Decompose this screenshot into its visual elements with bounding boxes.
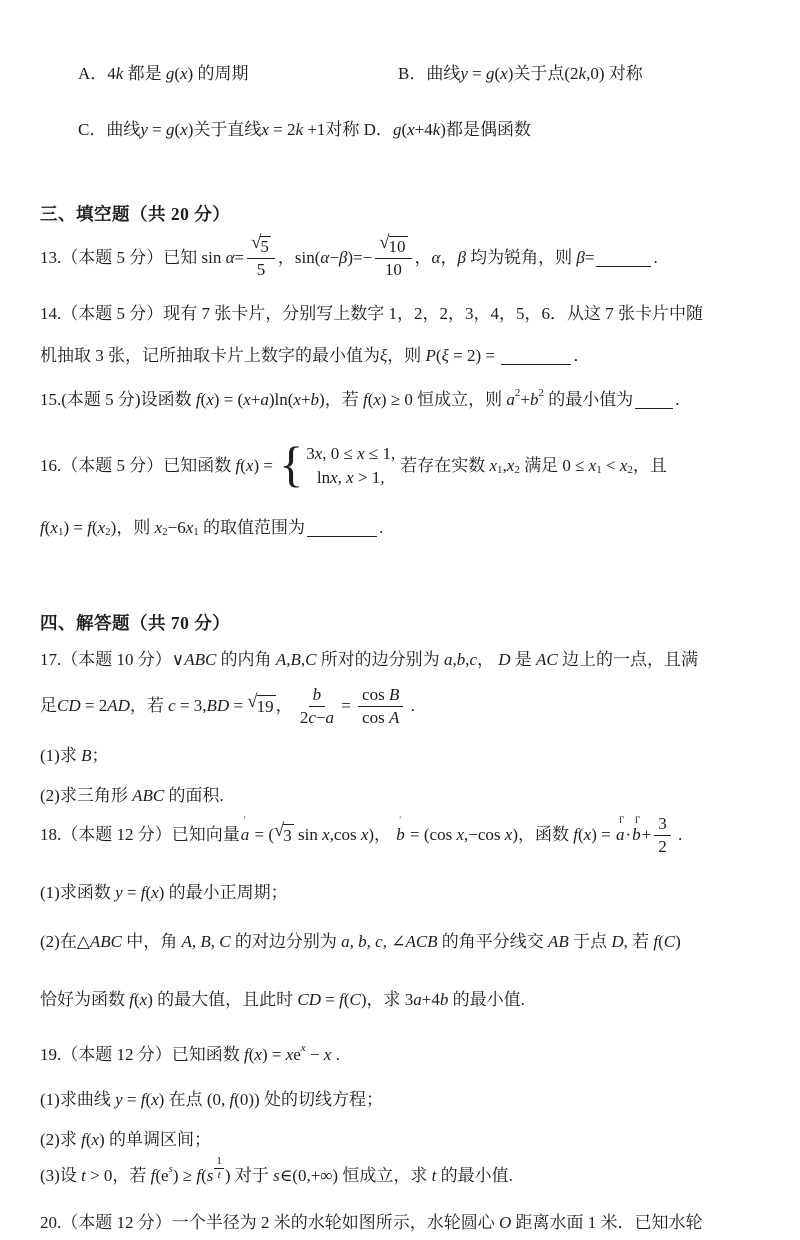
text-run: = ( bbox=[250, 824, 274, 845]
math-variable: x bbox=[180, 119, 188, 140]
text-run: 1 bbox=[216, 1156, 222, 1168]
math-variable: a bbox=[444, 649, 453, 670]
text-run: 边上的一点，且满 bbox=[558, 649, 698, 670]
text-run: ) = bbox=[262, 1044, 286, 1065]
text-run: = bbox=[321, 989, 339, 1010]
text-run: )关于点(2 bbox=[508, 63, 579, 84]
text-run: 均为锐角，则 bbox=[466, 247, 577, 268]
math-variable: α bbox=[226, 247, 235, 268]
text-run: . bbox=[379, 517, 383, 538]
superscript: x bbox=[301, 1042, 306, 1056]
text-run: . bbox=[406, 695, 415, 716]
math-variable: CD bbox=[297, 989, 321, 1010]
text-run: )=− bbox=[347, 247, 372, 268]
text-run: 19 bbox=[257, 697, 274, 716]
math-variable: a bbox=[241, 825, 250, 844]
math-variable: BD bbox=[207, 695, 230, 716]
radical-sign: √ bbox=[379, 234, 389, 253]
text-run: 若存在实数 bbox=[400, 455, 489, 476]
text-run: (e bbox=[155, 1165, 168, 1186]
text-run: ) ≥ bbox=[173, 1165, 197, 1186]
text-run: 恰好为函数 bbox=[40, 989, 129, 1010]
math-variable: y bbox=[115, 882, 123, 903]
math-variable: A bbox=[276, 649, 286, 670]
text-run: 的角平分线交 bbox=[438, 931, 549, 952]
text-run: + bbox=[642, 824, 652, 845]
math-variable: ABC bbox=[184, 649, 216, 670]
text-run: B．曲线 bbox=[398, 63, 460, 84]
math-variable: x bbox=[620, 455, 628, 476]
text-run: ) 的最小正周期； bbox=[159, 882, 288, 903]
math-variable: b bbox=[440, 989, 449, 1010]
math-variable: β bbox=[339, 247, 347, 268]
text-run: = bbox=[123, 882, 141, 903]
text-run: , bbox=[211, 931, 220, 952]
text-run: ) 的周期 bbox=[188, 63, 249, 84]
text-run: ，则 bbox=[387, 345, 425, 366]
text-run: 3 bbox=[283, 826, 292, 845]
math-variable: x bbox=[98, 517, 106, 538]
text-run: 是 bbox=[511, 649, 537, 670]
text-run: (2)求三角形 bbox=[40, 785, 132, 806]
text-run: cos bbox=[362, 708, 389, 728]
text-run: +4 bbox=[415, 119, 433, 140]
fraction: 32 bbox=[654, 814, 671, 856]
text-run: . bbox=[331, 1044, 340, 1065]
subscript: 1 bbox=[497, 464, 503, 478]
text-run: 中，角 bbox=[122, 931, 182, 952]
vector-symbol: ′b bbox=[396, 824, 405, 845]
math-variable: CD bbox=[57, 695, 81, 716]
text-run: )，函数 bbox=[512, 824, 573, 845]
text-run: A．4 bbox=[78, 63, 116, 84]
math-variable: x bbox=[505, 824, 513, 845]
text-run: 16.（本题 5 分）已知函数 bbox=[40, 455, 236, 476]
math-variable: b bbox=[313, 685, 322, 705]
math-variable: x bbox=[500, 63, 508, 84]
question-17-line1: 17.（本题 10 分）∨ABC 的内角 A,B,C 所对的边分别为 a,b,c… bbox=[40, 649, 698, 670]
text-run: ， bbox=[276, 695, 297, 716]
math-variable: AC bbox=[536, 649, 558, 670]
math-variable: x bbox=[361, 824, 369, 845]
math-variable: β bbox=[457, 247, 465, 268]
math-variable: x bbox=[246, 455, 254, 476]
text-run: ， bbox=[477, 649, 498, 670]
math-variable: A bbox=[389, 708, 399, 728]
text-run: 的取值范围为 bbox=[199, 517, 305, 538]
text-run: C．曲线 bbox=[78, 119, 140, 140]
option-b: B．曲线y = g(x)关于点(2k,0) 对称 bbox=[398, 63, 643, 84]
text-run: , bbox=[367, 931, 376, 952]
text-run: = bbox=[337, 695, 355, 716]
question-16-line2: f(x1) = f(x2)，则 x2−6x1 的取值范围为. bbox=[40, 517, 383, 538]
math-variable: x bbox=[186, 517, 194, 538]
math-variable: x bbox=[286, 1044, 294, 1065]
radical-sign: √ bbox=[251, 234, 261, 253]
text-run: , ∠ bbox=[383, 931, 406, 952]
text-run: − bbox=[306, 1044, 324, 1065]
text-run: ) = bbox=[63, 517, 87, 538]
text-run: > 0，若 bbox=[86, 1165, 151, 1186]
text-run: − bbox=[329, 247, 339, 268]
math-variable: x bbox=[293, 389, 301, 410]
subscript: 2 bbox=[105, 526, 111, 540]
text-run: 5 bbox=[257, 260, 266, 280]
math-variable: s bbox=[207, 1165, 214, 1186]
text-run: = bbox=[468, 63, 486, 84]
math-variable: g bbox=[166, 119, 175, 140]
question-19-part1: (1)求曲线 y = f(x) 在点 (0, f(0)) 处的切线方程； bbox=[40, 1089, 383, 1110]
text-run: ，sin( bbox=[278, 247, 321, 268]
math-variable: D bbox=[498, 649, 510, 670]
math-variable: C bbox=[219, 931, 230, 952]
text-run: 距离水面 1 米．已知水轮 bbox=[511, 1212, 702, 1233]
math-variable: O bbox=[499, 1212, 511, 1233]
text-run: )，若 bbox=[319, 389, 363, 410]
subscript: 2 bbox=[162, 526, 168, 540]
math-variable: b bbox=[530, 389, 539, 410]
text-run: , bbox=[192, 931, 201, 952]
text-run: 2 bbox=[658, 837, 667, 857]
math-variable: k bbox=[296, 119, 304, 140]
math-variable: c bbox=[375, 931, 383, 952]
question-14-line2: 机抽取 3 张，记所抽取卡片上数字的最小值为ξ，则 P(ξ = 2) = ． bbox=[40, 345, 590, 366]
math-variable: x bbox=[180, 63, 188, 84]
answer-blank bbox=[596, 264, 651, 267]
exam-document-page: A．4k 都是 g(x) 的周期 B．曲线y = g(x)关于点(2k,0) 对… bbox=[0, 0, 800, 1240]
math-variable: a bbox=[260, 389, 269, 410]
question-18-line1: 18.（本题 12 分）已知向量′a = (√3 sin x,cos x)， ′… bbox=[40, 814, 682, 856]
math-variable: g bbox=[393, 119, 402, 140]
text-run: . bbox=[675, 389, 679, 410]
text-run: (3)设 bbox=[40, 1165, 81, 1186]
math-variable: C bbox=[305, 649, 316, 670]
text-run: 的面积. bbox=[164, 785, 224, 806]
text-run: (1)求函数 bbox=[40, 882, 115, 903]
text-run: = bbox=[235, 247, 245, 268]
fraction: cos Bcos A bbox=[358, 685, 403, 727]
math-variable: ACB bbox=[405, 931, 437, 952]
text-run: 所对的边分别为 bbox=[316, 649, 444, 670]
text-run: , 若 bbox=[624, 931, 654, 952]
option-c-d: C．曲线y = g(x)关于直线x = 2k +1对称 D．g(x+4k)都是偶… bbox=[78, 119, 531, 140]
math-variable: y bbox=[115, 1089, 123, 1110]
math-variable: b bbox=[457, 649, 466, 670]
text-run: ， bbox=[415, 247, 432, 268]
text-run: )，求 3 bbox=[361, 989, 413, 1010]
math-variable: ABC bbox=[90, 931, 122, 952]
fraction: b2c−a bbox=[300, 685, 334, 727]
math-variable: D bbox=[611, 931, 623, 952]
math-variable: x bbox=[155, 517, 163, 538]
text-run: 的最小值为 bbox=[544, 389, 633, 410]
text-run: )， bbox=[368, 824, 395, 845]
math-variable: B bbox=[389, 685, 399, 705]
math-variable: a bbox=[341, 931, 350, 952]
fraction: √1010 bbox=[375, 236, 411, 279]
math-variable: AD bbox=[107, 695, 130, 716]
text-run: (1)求 bbox=[40, 745, 81, 766]
math-variable: x bbox=[206, 389, 214, 410]
text-run: ,−cos bbox=[464, 824, 505, 845]
text-run: = bbox=[148, 119, 166, 140]
text-run: 的内角 bbox=[216, 649, 276, 670]
text-run: ， bbox=[440, 247, 457, 268]
option-a: A．4k 都是 g(x) 的周期 bbox=[78, 63, 248, 84]
superscript: 2 bbox=[539, 387, 545, 401]
text-run: 3 bbox=[306, 444, 315, 463]
math-variable: a bbox=[325, 708, 334, 728]
math-variable: β bbox=[576, 247, 584, 268]
text-run: ) = bbox=[591, 824, 615, 845]
math-variable: x bbox=[322, 824, 330, 845]
math-variable: x bbox=[507, 455, 515, 476]
math-variable: x bbox=[151, 1089, 159, 1110]
text-run: 15.(本题 5 分)设函数 bbox=[40, 389, 196, 410]
math-variable: ξ bbox=[380, 345, 387, 366]
math-variable: α bbox=[432, 247, 441, 268]
math-variable: x bbox=[151, 882, 159, 903]
text-run: < bbox=[602, 455, 620, 476]
text-run: 2 bbox=[300, 708, 309, 728]
math-variable: c bbox=[469, 649, 477, 670]
math-variable: t bbox=[218, 1170, 221, 1182]
text-run: +4 bbox=[422, 989, 440, 1010]
radical-sign: √ bbox=[274, 822, 284, 841]
text-run: + bbox=[301, 389, 311, 410]
subscript: 1 bbox=[58, 526, 64, 540]
question-18-part2-line1: (2)在△ABC 中，角 A, B, C 的对边分别为 a, b, c, ∠AC… bbox=[40, 931, 681, 952]
text-run: ) ≥ 0 恒成立，则 bbox=[381, 389, 507, 410]
subscript: 2 bbox=[514, 464, 520, 478]
text-run: · bbox=[625, 824, 631, 845]
math-variable: k bbox=[579, 63, 587, 84]
math-variable: x bbox=[50, 517, 58, 538]
vector-arrow-icon: Γ bbox=[619, 816, 624, 825]
text-run: 机抽取 3 张，记所抽取卡片上数字的最小值为 bbox=[40, 345, 380, 366]
math-variable: ξ bbox=[442, 345, 449, 366]
math-variable: AB bbox=[548, 931, 569, 952]
math-variable: x bbox=[254, 1044, 262, 1065]
text-run: ) bbox=[675, 931, 681, 952]
fraction: √55 bbox=[247, 236, 275, 279]
question-14-line1: 14.（本题 5 分）现有 7 张卡片，分别写上数字 1，2，2，3，4，5，6… bbox=[40, 303, 703, 324]
brace-icon: { bbox=[279, 442, 303, 486]
math-variable: B bbox=[290, 649, 300, 670]
text-run: 13.（本题 5 分）已知 sin bbox=[40, 247, 226, 268]
fraction: 1t bbox=[214, 1156, 224, 1181]
text-run: = 2) = bbox=[449, 345, 499, 366]
subscript: 1 bbox=[193, 526, 199, 540]
math-variable: k bbox=[433, 119, 441, 140]
section-3-header: 三、填空题（共 20 分） bbox=[40, 204, 230, 226]
text-run: 5 bbox=[260, 237, 269, 256]
math-variable: C bbox=[350, 989, 361, 1010]
text-run: . bbox=[674, 824, 683, 845]
vector-symbol: Γb bbox=[632, 824, 641, 845]
text-run: )ln( bbox=[269, 389, 294, 410]
question-17-part2: (2)求三角形 ABC 的面积. bbox=[40, 785, 224, 806]
math-variable: B bbox=[200, 931, 210, 952]
text-run: cos bbox=[362, 685, 389, 705]
question-15: 15.(本题 5 分)设函数 f(x) = (x+a)ln(x+b)，若 f(x… bbox=[40, 389, 680, 410]
text-run: 10 bbox=[385, 260, 402, 280]
math-variable: b bbox=[311, 389, 320, 410]
math-variable: x bbox=[324, 1044, 332, 1065]
text-run: − bbox=[316, 708, 326, 728]
text-run: = bbox=[229, 695, 247, 716]
math-variable: B bbox=[81, 745, 91, 766]
math-variable: c bbox=[308, 708, 316, 728]
question-18-part1: (1)求函数 y = f(x) 的最小正周期； bbox=[40, 882, 288, 903]
math-variable: c bbox=[168, 695, 176, 716]
text-run: )都是偶函数 bbox=[440, 119, 531, 140]
text-run: 的最小值. bbox=[436, 1165, 513, 1186]
text-run: ) 的单调区间； bbox=[99, 1129, 211, 1150]
text-run: ，且 bbox=[633, 455, 667, 476]
math-variable: k bbox=[116, 63, 124, 84]
math-variable: x bbox=[140, 989, 148, 1010]
math-variable: b bbox=[396, 825, 405, 844]
math-variable: x bbox=[407, 119, 415, 140]
math-variable: y bbox=[140, 119, 148, 140]
math-variable: a bbox=[616, 825, 625, 844]
question-19-part3: (3)设 t > 0，若 f(es) ≥ f(s1t) 对于 s∈(0,+∞) … bbox=[40, 1163, 513, 1188]
text-run: = bbox=[585, 247, 595, 268]
math-variable: x bbox=[456, 824, 464, 845]
math-variable: s bbox=[273, 1165, 280, 1186]
math-variable: x bbox=[373, 389, 381, 410]
text-run: ) 对于 bbox=[225, 1165, 273, 1186]
answer-blank bbox=[635, 406, 673, 409]
text-run: +1对称 D． bbox=[303, 119, 393, 140]
text-run: 的最小值. bbox=[448, 989, 525, 1010]
math-variable: x bbox=[261, 119, 269, 140]
vector-arrow-icon: ′ bbox=[399, 816, 401, 825]
text-run: ∈(0,+∞) 恒成立，求 bbox=[280, 1165, 432, 1186]
text-run: = 3, bbox=[176, 695, 207, 716]
text-run: (2)在△ bbox=[40, 931, 90, 952]
text-run: 20.（本题 12 分）一个半径为 2 米的水轮如图所示，水轮圆心 bbox=[40, 1212, 499, 1233]
text-run: 都是 bbox=[123, 63, 166, 84]
text-run: ) 的最大值，且此时 bbox=[147, 989, 297, 1010]
text-run: = 2 bbox=[81, 695, 108, 716]
question-20: 20.（本题 12 分）一个半径为 2 米的水轮如图所示，水轮圆心 O 距离水面… bbox=[40, 1212, 703, 1233]
text-run: sin bbox=[294, 824, 322, 845]
math-variable: x bbox=[589, 455, 597, 476]
section-4-header: 四、解答题（共 70 分） bbox=[40, 613, 230, 635]
text-run: , bbox=[338, 468, 347, 487]
text-run: 的对边分别为 bbox=[231, 931, 342, 952]
text-run: 10 bbox=[389, 237, 406, 256]
text-run: 3 bbox=[658, 814, 667, 834]
text-run: −6 bbox=[168, 517, 186, 538]
text-run: = 2 bbox=[269, 119, 296, 140]
question-17-line2: 足CD = 2AD，若 c = 3,BD = √19， b2c−a = cos … bbox=[40, 685, 415, 727]
vector-symbol: ′a bbox=[241, 824, 250, 845]
math-variable: x bbox=[357, 444, 365, 463]
math-variable: g bbox=[166, 63, 175, 84]
text-run: )，则 bbox=[111, 517, 155, 538]
radical-sign: √ bbox=[247, 693, 257, 712]
text-run: ,0) 对称 bbox=[586, 63, 643, 84]
text-run: 17.（本题 10 分）∨ bbox=[40, 649, 184, 670]
radical: √3 bbox=[274, 824, 294, 846]
text-run: > 1, bbox=[354, 468, 385, 487]
text-run: ； bbox=[91, 745, 108, 766]
math-variable: a bbox=[413, 989, 422, 1010]
math-variable: C bbox=[664, 931, 675, 952]
text-run: 19.（本题 12 分）已知函数 bbox=[40, 1044, 244, 1065]
superscript: 2 bbox=[515, 387, 521, 401]
text-run: 满足 0 ≤ bbox=[520, 455, 589, 476]
text-run: ) 在点 (0, bbox=[159, 1089, 230, 1110]
text-run: ． bbox=[573, 345, 590, 366]
text-run: ln bbox=[317, 468, 330, 487]
math-variable: b bbox=[632, 825, 641, 844]
subscript: 2 bbox=[627, 464, 633, 478]
math-variable: x bbox=[489, 455, 497, 476]
question-19-part2: (2)求 f(x) 的单调区间； bbox=[40, 1129, 211, 1150]
text-run: ≤ 1, bbox=[365, 444, 396, 463]
math-variable: g bbox=[486, 63, 495, 84]
math-variable: x bbox=[346, 468, 354, 487]
math-variable: x bbox=[584, 824, 592, 845]
vector-arrow-icon: Γ bbox=[635, 816, 640, 825]
math-variable: P bbox=[426, 345, 436, 366]
piecewise-function: {3x, 0 ≤ x ≤ 1,lnx, x > 1, bbox=[279, 443, 395, 489]
text-run: 足 bbox=[40, 695, 57, 716]
question-16-line1: 16.（本题 5 分）已知函数 f(x) = {3x, 0 ≤ x ≤ 1,ln… bbox=[40, 443, 667, 489]
math-variable: y bbox=[460, 63, 468, 84]
math-variable: b bbox=[358, 931, 367, 952]
text-run: e bbox=[293, 1044, 301, 1065]
question-18-part2-line2: 恰好为函数 f(x) 的最大值，且此时 CD = f(C)，求 3a+4b 的最… bbox=[40, 989, 525, 1010]
text-run: (0)) 处的切线方程； bbox=[234, 1089, 383, 1110]
text-run: )关于直线 bbox=[188, 119, 262, 140]
text-run: ) = bbox=[253, 455, 277, 476]
radical: √5 bbox=[251, 236, 271, 257]
text-run: 18.（本题 12 分）已知向量 bbox=[40, 824, 240, 845]
text-run: , bbox=[350, 931, 359, 952]
text-run: 于点 bbox=[569, 931, 612, 952]
radical: √10 bbox=[379, 236, 407, 257]
math-variable: x bbox=[330, 468, 338, 487]
math-variable: x bbox=[243, 389, 251, 410]
math-variable: α bbox=[320, 247, 329, 268]
text-run: ,cos bbox=[330, 824, 361, 845]
text-run: (1)求曲线 bbox=[40, 1089, 115, 1110]
text-run: = bbox=[123, 1089, 141, 1110]
math-variable: A bbox=[182, 931, 192, 952]
text-run: . bbox=[653, 247, 657, 268]
vector-symbol: Γa bbox=[616, 824, 625, 845]
text-run: 14.（本题 5 分）现有 7 张卡片，分别写上数字 1，2，2，3，4，5，6… bbox=[40, 303, 703, 324]
text-run: ) = ( bbox=[214, 389, 243, 410]
math-variable: ABC bbox=[132, 785, 164, 806]
question-17-part1: (1)求 B； bbox=[40, 745, 108, 766]
radical: √19 bbox=[247, 695, 275, 717]
question-19: 19.（本题 12 分）已知函数 f(x) = xex − x . bbox=[40, 1044, 340, 1065]
text-run: = (cos bbox=[406, 824, 457, 845]
subscript: 1 bbox=[596, 464, 602, 478]
text-run: + bbox=[251, 389, 261, 410]
answer-blank bbox=[501, 362, 571, 365]
text-run: , 0 ≤ bbox=[322, 444, 357, 463]
math-variable: a bbox=[506, 389, 515, 410]
text-run: (2)求 bbox=[40, 1129, 81, 1150]
superscript: s bbox=[169, 1163, 173, 1177]
